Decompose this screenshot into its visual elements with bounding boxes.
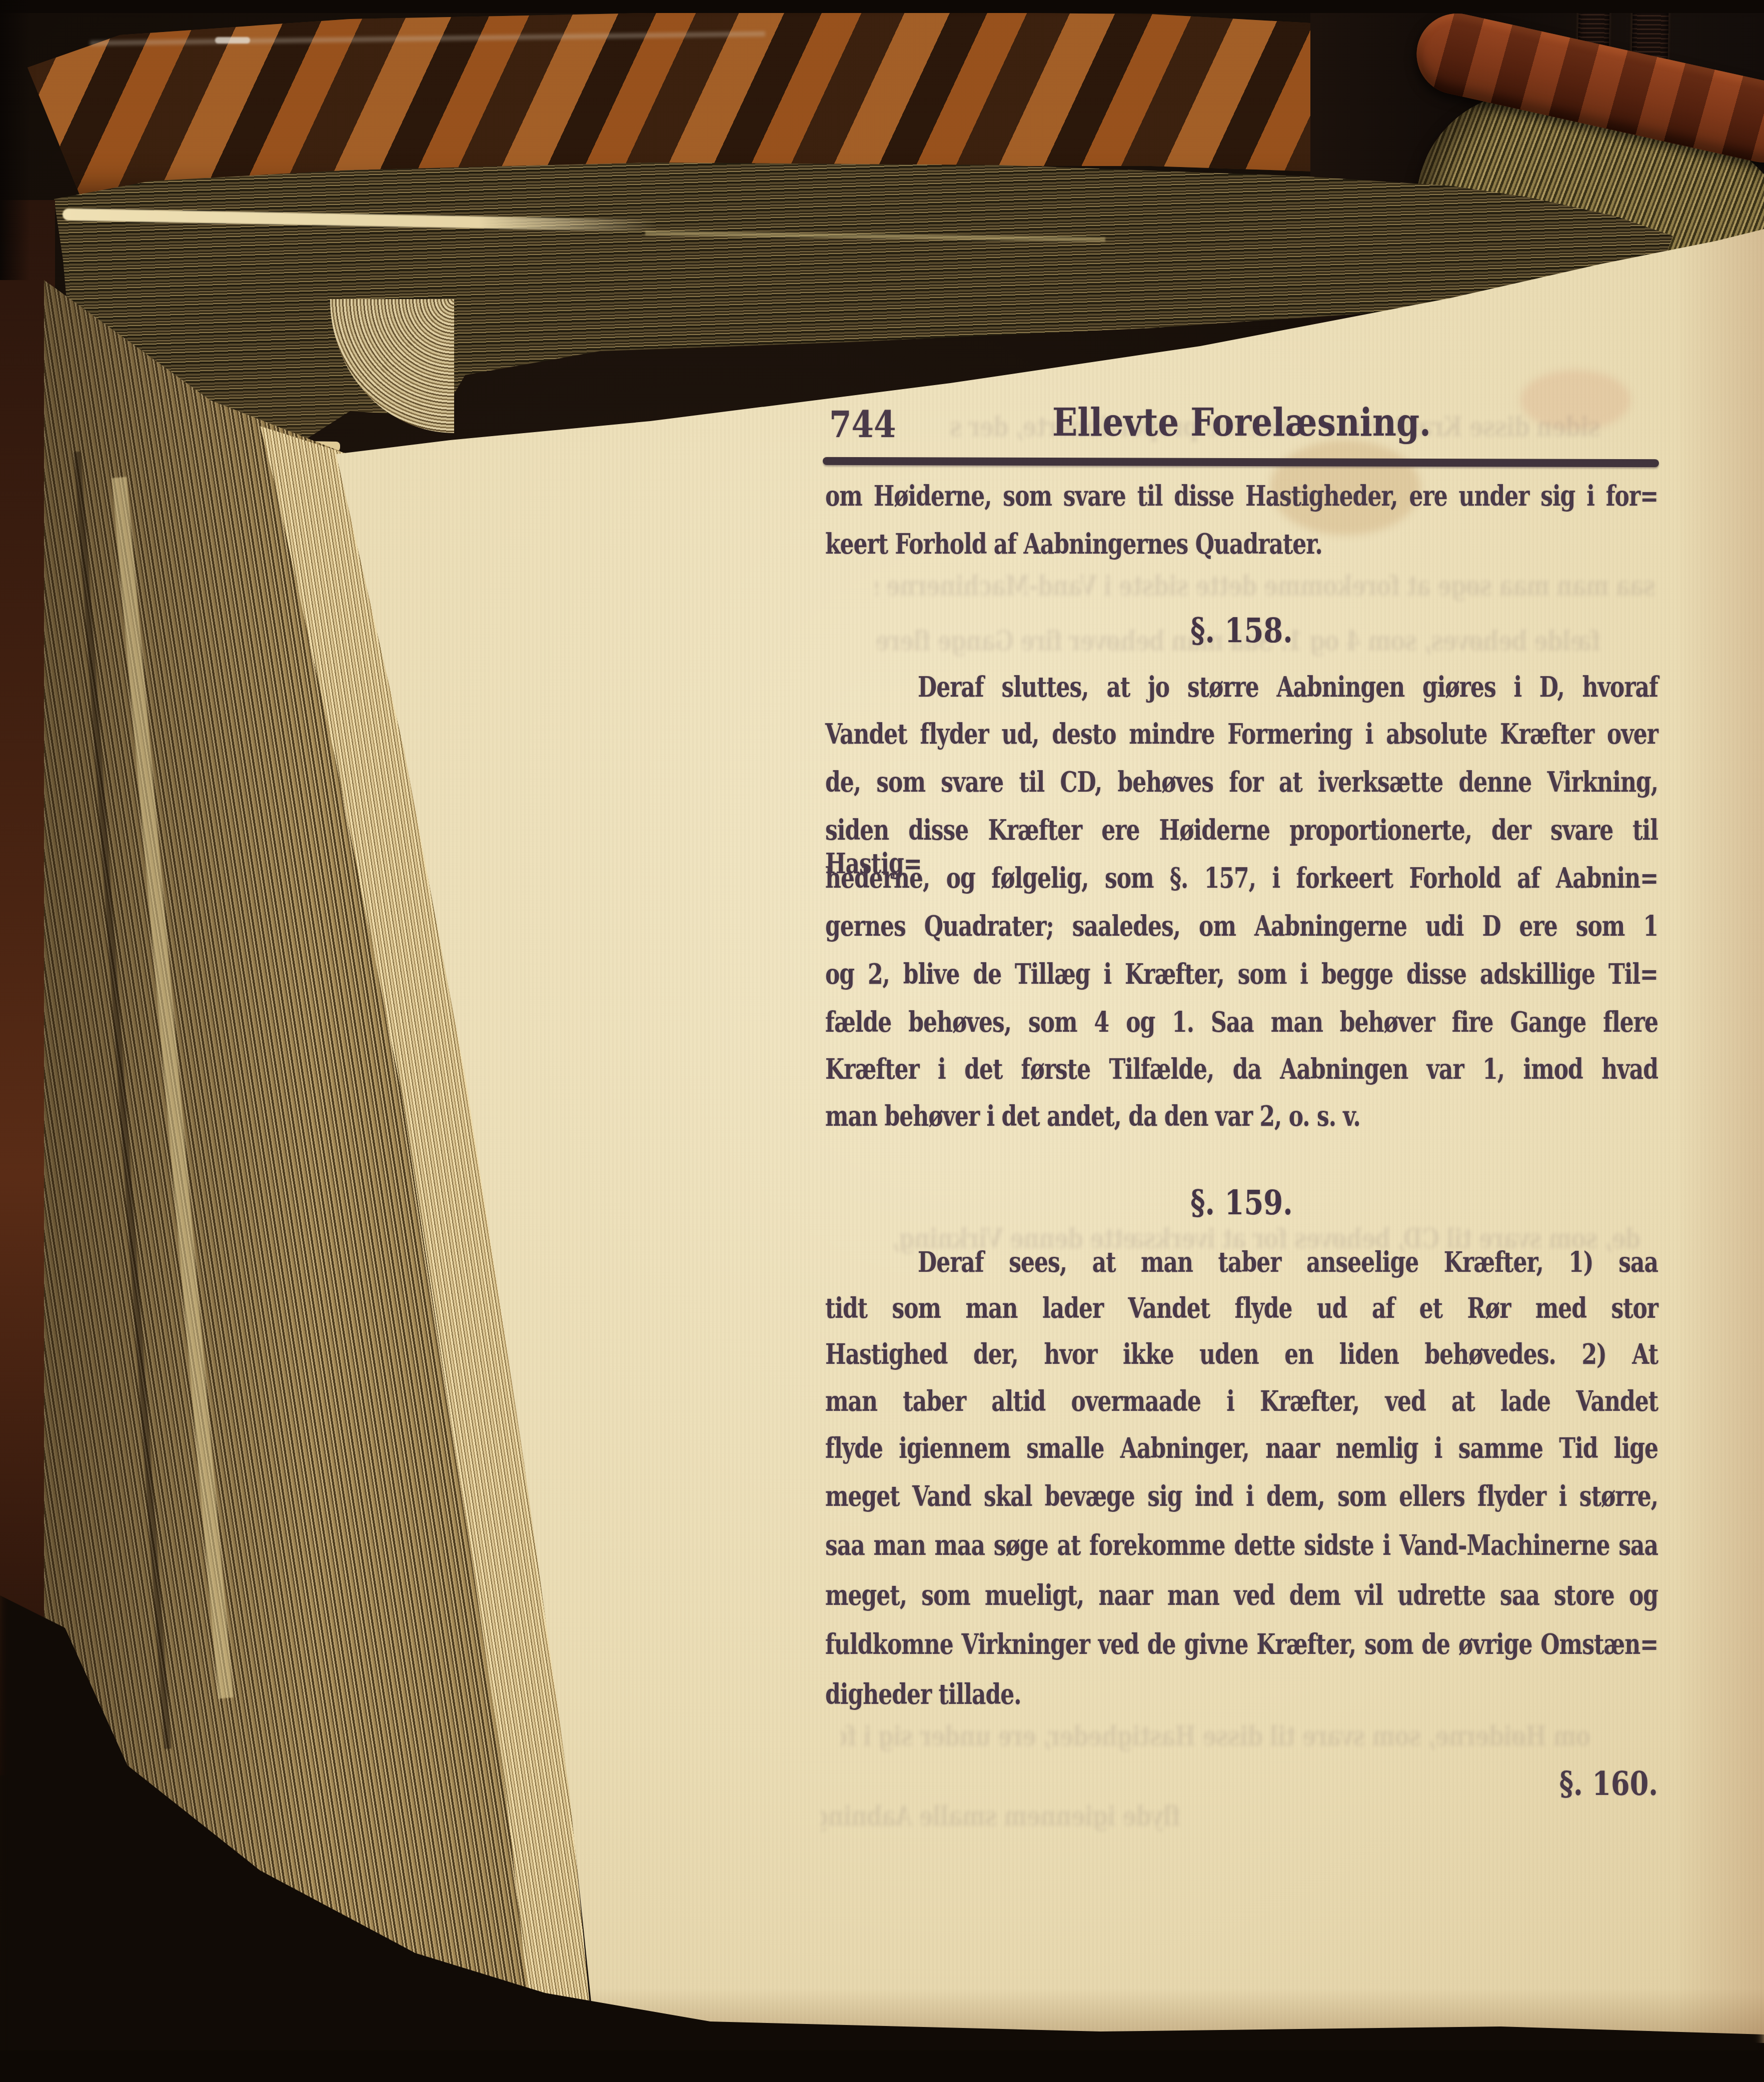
show-through-text: om Høiderne, som svare til disse Hastigh… bbox=[840, 1720, 1590, 1752]
text-line: keert Forhold af Aabningernes Quadrater. bbox=[825, 528, 1658, 561]
cover-highlight-speck bbox=[215, 37, 250, 44]
curved-corner-page-stack bbox=[330, 299, 454, 433]
section-heading: §. 158. bbox=[825, 611, 1658, 651]
book-photograph: siden disse Kræfter ere Høiderne proport… bbox=[0, 0, 1764, 2082]
text-line: digheder tillade. bbox=[825, 1678, 1658, 1711]
section-heading: §. 159. bbox=[825, 1183, 1658, 1223]
left-vignette bbox=[0, 0, 30, 280]
background-top bbox=[0, 0, 1764, 13]
show-through-text: flyde igiennem smalle Aabninger, naar ne… bbox=[820, 1800, 1180, 1832]
running-header: Ellevte Forelæsning. bbox=[825, 400, 1658, 445]
background-bottom bbox=[0, 2050, 1764, 2082]
text-line: man behøver i det andet, da den var 2, o… bbox=[825, 1100, 1658, 1133]
next-section-mark: §. 160. bbox=[1325, 1764, 1658, 1803]
show-through-text: saa man maa søge at forekomme dette sids… bbox=[875, 570, 1655, 602]
